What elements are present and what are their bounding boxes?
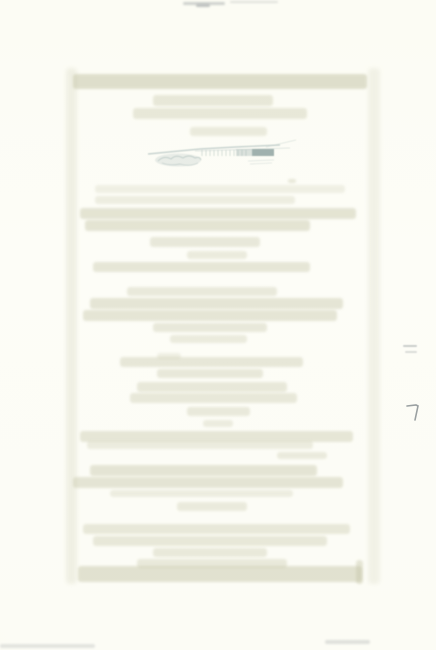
ghost-text-line (150, 237, 260, 247)
scanner-streak (325, 640, 370, 644)
ghost-text-line (170, 335, 247, 343)
ghost-text-line (177, 502, 247, 511)
ghost-text-line (356, 560, 363, 584)
ghost-text-line (153, 548, 267, 557)
margin-dash-mark (405, 351, 417, 353)
ghost-text-line (90, 298, 343, 309)
ghost-text-line (90, 465, 317, 476)
ghost-text-line (87, 441, 313, 449)
ghost-text-line (80, 208, 356, 219)
hatch-lines (248, 160, 274, 164)
ghost-text-line (93, 536, 327, 546)
scanned-document-page (0, 0, 436, 650)
shrub-scribble (155, 154, 201, 167)
page-edge-band (66, 68, 77, 584)
building-sketch-illustration (140, 137, 300, 179)
ghost-text-line (73, 74, 367, 89)
ghost-text-line (93, 262, 310, 272)
ghost-text-line (288, 179, 296, 183)
ghost-text-line (157, 369, 263, 378)
ghost-text-line (110, 490, 293, 497)
ghost-text-line (83, 524, 350, 534)
ghost-text-line (133, 108, 307, 119)
margin-dash-mark (403, 345, 417, 347)
ghost-text-line (95, 196, 295, 204)
handwritten-mark-7-icon (406, 403, 422, 423)
ghost-text-line (277, 452, 327, 459)
ghost-text-line (187, 407, 250, 416)
scanner-streak (0, 644, 95, 648)
ghost-text-line (78, 566, 362, 582)
ghost-text-line (120, 357, 303, 367)
ghost-text-line (203, 420, 233, 427)
ghost-text-line (190, 127, 267, 136)
ghost-text-line (85, 220, 310, 231)
ghost-text-line (187, 251, 247, 259)
ghost-text-line (137, 382, 287, 392)
dark-doorway-band (252, 149, 274, 156)
ghost-text-line (83, 310, 337, 321)
ghost-text-line (153, 95, 273, 106)
ghost-text-line (130, 393, 297, 403)
ghost-text-line (73, 477, 343, 488)
ghost-text-line (153, 323, 267, 332)
scanner-streak (230, 1, 278, 3)
ghost-text-line (95, 185, 345, 193)
ghost-text-line (127, 287, 277, 296)
scanner-streak (196, 4, 210, 7)
page-edge-band (368, 68, 380, 584)
